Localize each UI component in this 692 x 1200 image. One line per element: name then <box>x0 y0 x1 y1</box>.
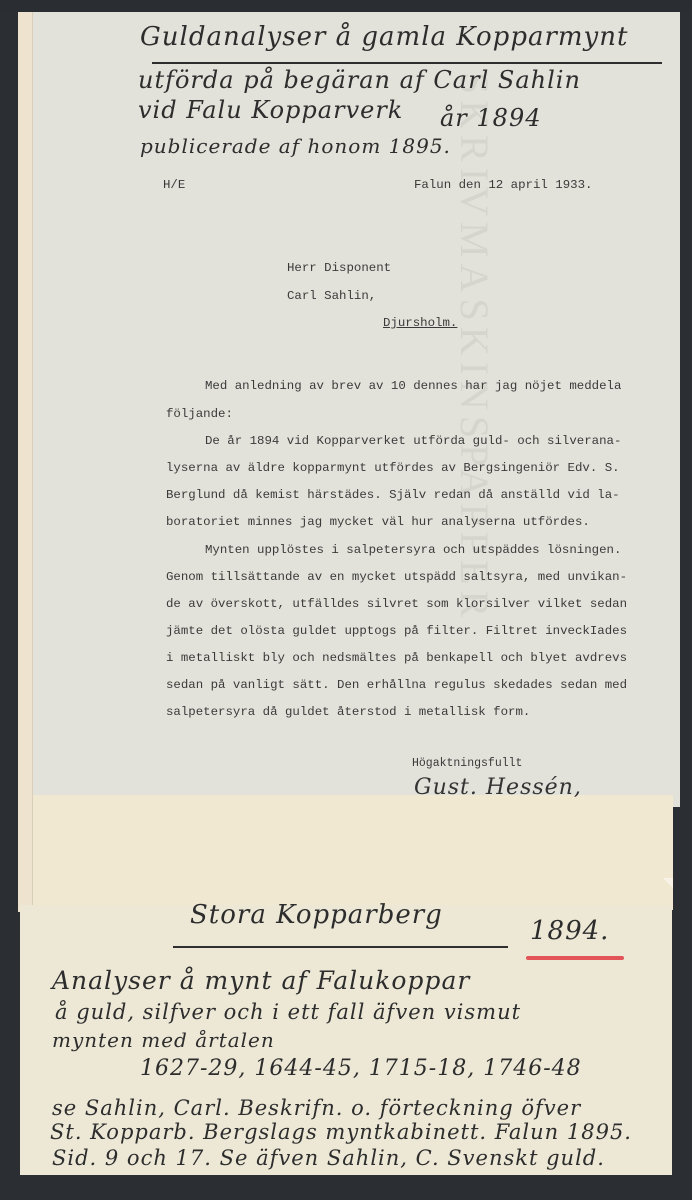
letter-closing: Högaktningsfullt <box>412 757 522 770</box>
card-title: Stora Kopparberg <box>190 900 443 930</box>
body-line: Genom tillsättande av en mycket utspädd … <box>166 570 627 584</box>
scanner-frame-bottom <box>0 1175 692 1200</box>
body-line: Med anledning av brev av 10 dennes har j… <box>205 379 621 393</box>
card-year-red-underline <box>526 956 624 960</box>
signature: Gust. Hessén, <box>414 775 582 800</box>
card-line: Analyser å mynt af Falukoppar <box>52 966 470 995</box>
body-line: i metalliskt bly och nedsmältes på benka… <box>166 651 627 665</box>
body-line: Berglund då kemist härstädes. Själv reda… <box>166 488 620 502</box>
paper-watermark: SKRIVMASKINSPAPPER <box>418 72 498 752</box>
card-years-list: 1627-29, 1644-45, 1715-18, 1746-48 <box>140 1056 582 1081</box>
body-line: Mynten upplöstes i salpetersyra och utsp… <box>205 543 621 557</box>
card-reference-line: Sid. 9 och 17. Se äfven Sahlin, C. Svens… <box>52 1146 605 1170</box>
letter-sheet-edge <box>673 12 680 352</box>
recipient-name: Carl Sahlin, <box>287 289 376 303</box>
header-note-line2: utförda på begäran af Carl Sahlin <box>138 66 581 94</box>
card-title-underline <box>173 946 508 948</box>
body-line: de av överskott, utfälldes silvret som k… <box>166 597 627 611</box>
body-line: lyserna av äldre kopparmynt utfördes av … <box>166 461 620 475</box>
card-year: 1894. <box>530 916 609 946</box>
header-note-line3: vid Falu Kopparverk <box>138 96 403 124</box>
header-note-underline <box>152 62 662 64</box>
header-note-title: Guldanalyser å gamla Kopparmynt <box>140 22 628 52</box>
body-line: De år 1894 vid Kopparverket utförda guld… <box>205 434 621 448</box>
backing-sheet <box>33 795 673 910</box>
card-reference-line: St. Kopparb. Bergslags myntkabinett. Fal… <box>50 1120 632 1144</box>
card-reference-line: se Sahlin, Carl. Beskrifn. o. förtecknin… <box>52 1096 581 1120</box>
recipient-title: Herr Disponent <box>287 261 391 275</box>
body-line: följande: <box>166 407 233 421</box>
letter-reference: H/E <box>163 178 185 192</box>
body-line: salpetersyra då guldet återstod i metall… <box>166 705 530 719</box>
recipient-place: Djursholm. <box>383 316 457 330</box>
scanner-frame-top <box>0 0 692 12</box>
folded-corner <box>663 878 673 888</box>
card-line: å guld, silfver och i ett fall äfven vis… <box>55 1000 521 1024</box>
body-line: boratoriet minnes jag mycket väl hur ana… <box>166 515 590 529</box>
binding-strip <box>18 12 33 912</box>
letter-date: Falun den 12 april 1933. <box>414 178 592 192</box>
header-note-published: publicerade af honom 1895. <box>140 134 451 158</box>
body-line: sedan på vanligt sätt. Den erhållna regu… <box>166 678 627 692</box>
header-note-year: år 1894 <box>440 104 542 132</box>
card-line: mynten med årtalen <box>52 1028 275 1052</box>
body-line: jämte det olösta guldet upptogs på filte… <box>166 624 627 638</box>
